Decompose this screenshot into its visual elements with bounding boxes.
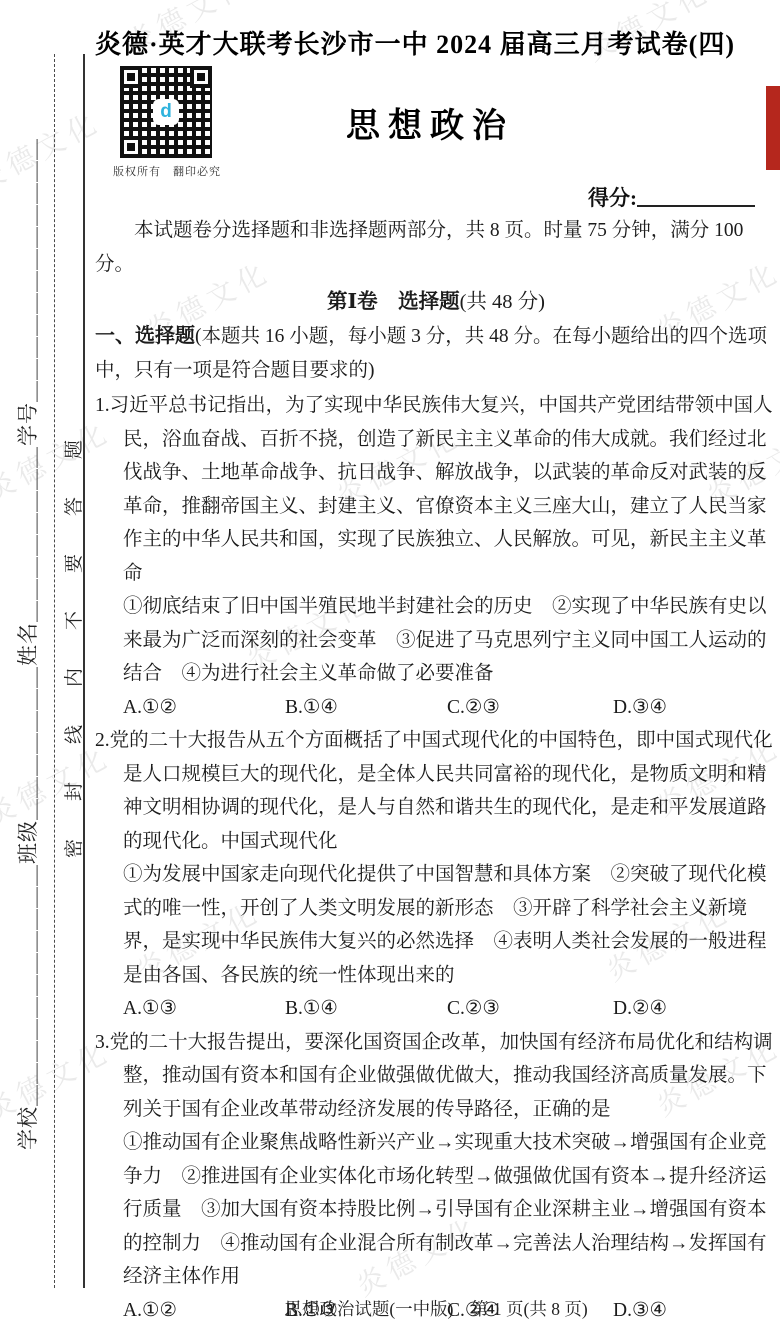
- question-choices: A.①③ B.①④ C.②③ D.②④: [95, 992, 777, 1026]
- exam-title: 炎德·英才大联考长沙市一中 2024 届高三月考试卷(四): [95, 24, 755, 61]
- question-block-1: 1.习近平总书记指出，为了实现中华民族伟大复兴，中国共产党团结带领中国人民，浴血…: [95, 389, 777, 724]
- choice-d: D.②④: [613, 992, 667, 1026]
- choice-a: A.①②: [123, 691, 285, 725]
- choice-c: C.②③: [447, 992, 613, 1026]
- choice-b: B.①④: [285, 691, 447, 725]
- choice-a: A.①③: [123, 992, 285, 1026]
- part-heading-lead: 一、选择题: [95, 325, 195, 347]
- question-number: 2.: [95, 730, 110, 751]
- student-info-fields: 学校＿＿＿＿＿＿＿＿＿＿＿班级＿＿＿＿＿＿＿姓名＿＿＿＿＿＿＿＿学号＿＿＿＿＿＿…: [12, 140, 40, 1150]
- choice-b: B.①④: [285, 992, 447, 1026]
- volume-heading-note: (共 48 分): [460, 291, 545, 313]
- subject-title: 思想政治: [300, 98, 560, 147]
- copyright-note: 版权所有 翻印必究: [112, 163, 222, 179]
- question-list: 1.习近平总书记指出，为了实现中华民族伟大复兴，中国共产党团结带领中国人民，浴血…: [95, 389, 777, 1327]
- choice-c: C.②③: [447, 691, 613, 725]
- question-stem: 党的二十大报告提出，要深化国资国企改革，加快国有经济布局优化和结构调整，推动国有…: [110, 1032, 773, 1120]
- score-field: 得分:: [588, 182, 755, 212]
- qr-finder-icon: [120, 136, 142, 158]
- seal-dashed-line: [54, 54, 55, 1288]
- qr-finder-icon: [190, 66, 212, 88]
- choice-d: D.③④: [613, 691, 667, 725]
- score-label: 得分:: [588, 186, 637, 210]
- score-blank-line: [637, 204, 755, 207]
- qr-finder-icon: [120, 66, 142, 88]
- question-stem: 党的二十大报告从五个方面概括了中国式现代化的中国特色，即中国式现代化是人口规模巨…: [110, 730, 773, 852]
- question-number: 3.: [95, 1032, 110, 1053]
- volume-heading-strong: 第Ⅰ卷 选择题: [327, 291, 460, 313]
- question-items: ①彻底结束了旧中国半殖民地半封建社会的历史 ②实现了中华民族有史以来最为广泛而深…: [95, 590, 777, 691]
- question-items: ①为发展中国家走向现代化提供了中国智慧和具体方案 ②突破了现代化模式的唯一性，开…: [95, 858, 777, 992]
- question-stem: 习近平总书记指出，为了实现中华民族伟大复兴，中国共产党团结带领中国人民，浴血奋战…: [110, 395, 773, 584]
- exam-paper-page: 炎德文化 炎德文化 炎德文化 炎德文化 炎德文化 炎德文化 炎德文化 炎德文化 …: [0, 0, 780, 1344]
- question-block-3: 3.党的二十大报告提出，要深化国资国企改革，加快国有经济布局优化和结构调整，推动…: [95, 1026, 777, 1328]
- qr-code: d: [120, 66, 212, 158]
- volume-heading: 第Ⅰ卷 选择题(共 48 分): [95, 284, 777, 314]
- seal-notice-text: 密封线内不要答题: [59, 388, 83, 858]
- part-heading-note: (本题共 16 小题，每小题 3 分，共 48 分。在每小题给出的四个选项中，只…: [95, 326, 767, 381]
- qr-logo-icon: d: [153, 99, 179, 125]
- question-choices: A.①② B.①④ C.②③ D.③④: [95, 691, 777, 725]
- part-heading: 一、选择题(本题共 16 小题，每小题 3 分，共 48 分。在每小题给出的四个…: [95, 320, 777, 387]
- question-items: ①推动国有企业聚焦战略性新兴产业→实现重大技术突破→增强国有企业竞争力 ②推进国…: [95, 1126, 777, 1294]
- red-edge-mark: [766, 86, 780, 170]
- question-block-2: 2.党的二十大报告从五个方面概括了中国式现代化的中国特色，即中国式现代化是人口规…: [95, 724, 777, 1026]
- intro-text: 本试题卷分选择题和非选择题两部分，共 8 页。时量 75 分钟，满分 100 分…: [95, 214, 777, 281]
- page-footer: 思想政治试题(一中版) 第 1 页(共 8 页): [95, 1296, 777, 1321]
- question-number: 1.: [95, 395, 110, 416]
